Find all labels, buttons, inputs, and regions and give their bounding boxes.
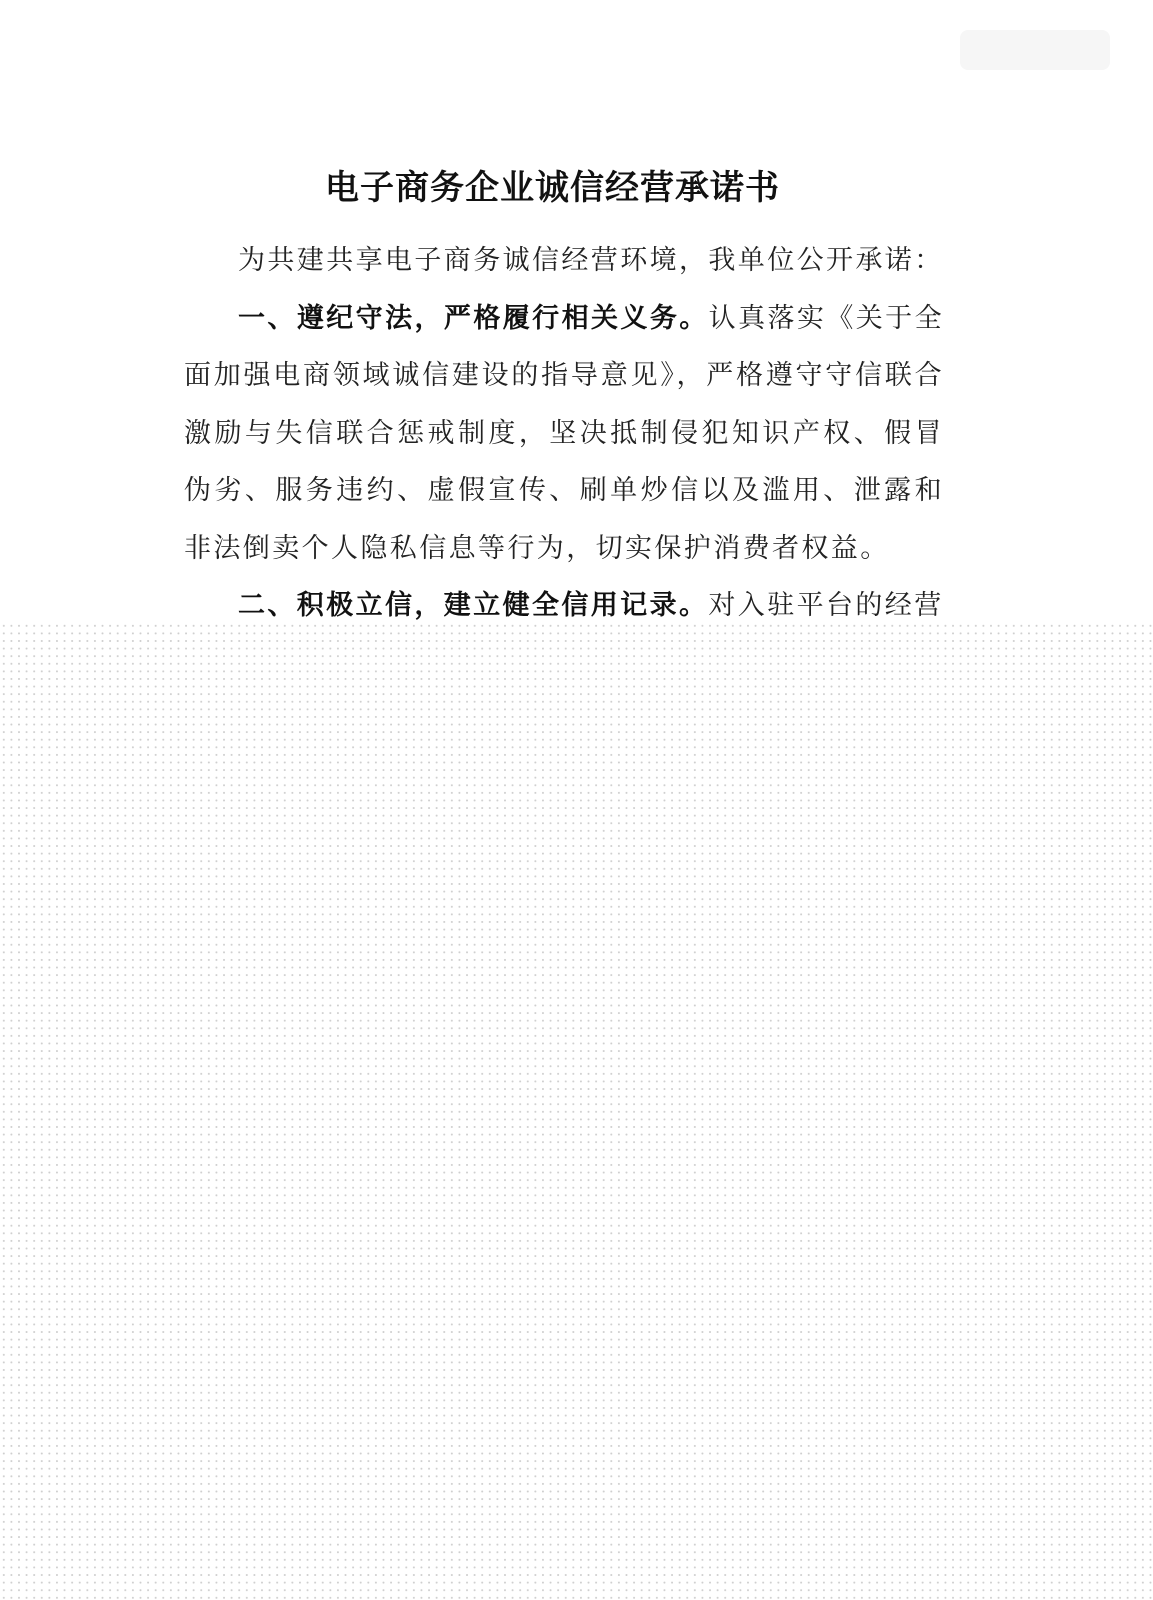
document-title: 电子商务企业诚信经营承诺书 — [0, 160, 1105, 209]
section-1-paragraph: 一、遵纪守法，严格履行相关义务。认真落实《关于全面加强电商领域诚信建设的指导意见… — [184, 290, 944, 578]
intro-paragraph: 为共建共享电子商务诚信经营环境，我单位公开承诺： — [184, 232, 944, 290]
document-page: 电子商务企业诚信经营承诺书 为共建共享电子商务诚信经营环境，我单位公开承诺： 一… — [0, 0, 1153, 1600]
document-body: 为共建共享电子商务诚信经营环境，我单位公开承诺： 一、遵纪守法，严格履行相关义务… — [184, 232, 944, 635]
transparency-placeholder-overlay — [0, 622, 1153, 1600]
section-1-text: 认真落实《关于全面加强电商领域诚信建设的指导意见》，严格遵守守信联合激励与失信联… — [184, 303, 944, 564]
section-2-text: 对入驻平台的经营 — [708, 590, 943, 621]
section-1-heading: 一、遵纪守法，严格履行相关义务。 — [238, 303, 709, 334]
section-2-heading: 二、积极立信，建立健全信用记录。 — [238, 590, 708, 621]
scan-artifact — [960, 30, 1110, 70]
